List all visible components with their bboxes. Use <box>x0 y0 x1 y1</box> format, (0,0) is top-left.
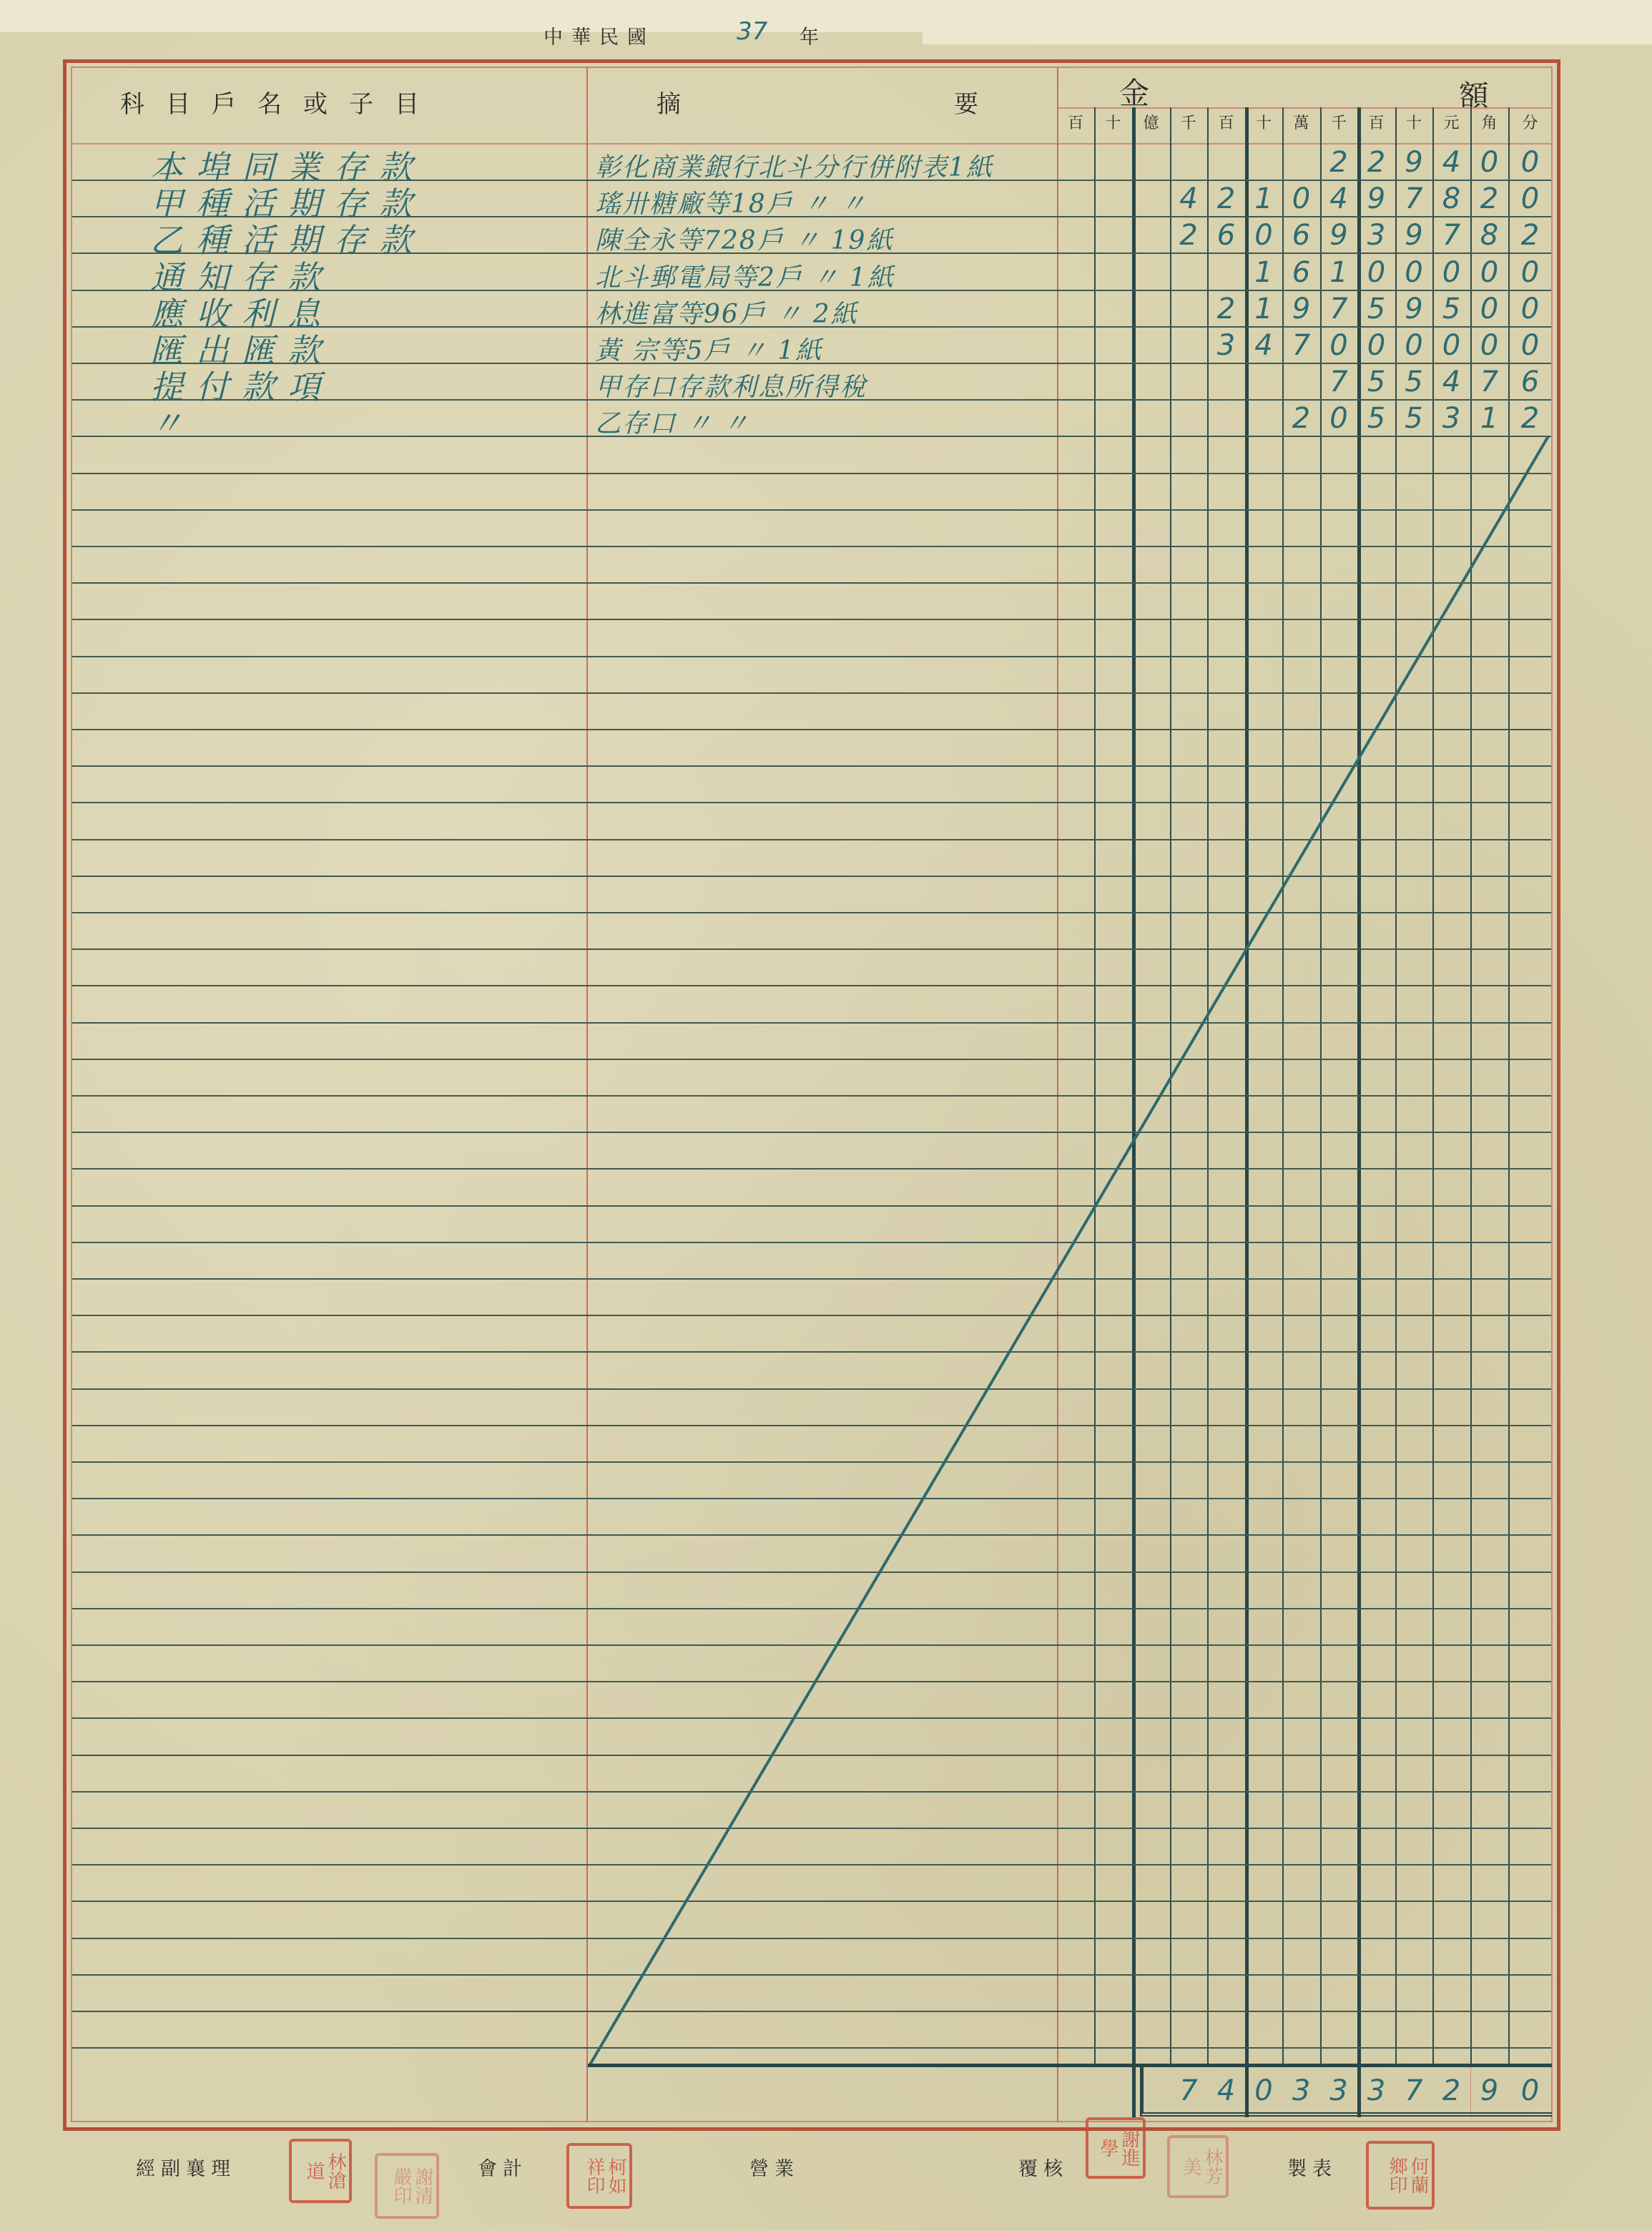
seal-manager-1: 林滄道 <box>289 2139 352 2203</box>
seal-review-1: 謝進學 <box>1086 2117 1146 2179</box>
signature-role-accounting: 會計 <box>478 2153 528 2181</box>
total-amount-digit: 9 <box>1470 2074 1508 2107</box>
total-amount-digit: 3 <box>1320 2074 1357 2107</box>
total-amount-digit: 7 <box>1170 2074 1207 2107</box>
seal-manager-2: 謝清嚴印 <box>375 2153 439 2219</box>
signature-role-manager: 經副襄理 <box>136 2153 236 2181</box>
total-amount-digit: 0 <box>1508 2074 1552 2107</box>
total-amount-digit: 7 <box>1395 2074 1432 2107</box>
total-amount-digit: 2 <box>1432 2074 1470 2107</box>
total-amount-digit: 3 <box>1357 2074 1395 2107</box>
seal-prepared: 何蘭鄉印 <box>1366 2141 1435 2210</box>
signature-role-prepared: 製表 <box>1287 2153 1337 2181</box>
total-amount-digit: 3 <box>1282 2074 1320 2107</box>
total-amount-digit: 4 <box>1207 2074 1245 2107</box>
signature-role-business: 營業 <box>749 2153 800 2181</box>
seal-accounting: 柯如祥印 <box>566 2143 632 2209</box>
total-amount-digit: 0 <box>1245 2074 1282 2107</box>
seal-review-2: 林芳美 <box>1167 2135 1229 2198</box>
diagonal-strike-line <box>0 0 1652 2231</box>
signature-role-review: 覆核 <box>1018 2153 1068 2181</box>
